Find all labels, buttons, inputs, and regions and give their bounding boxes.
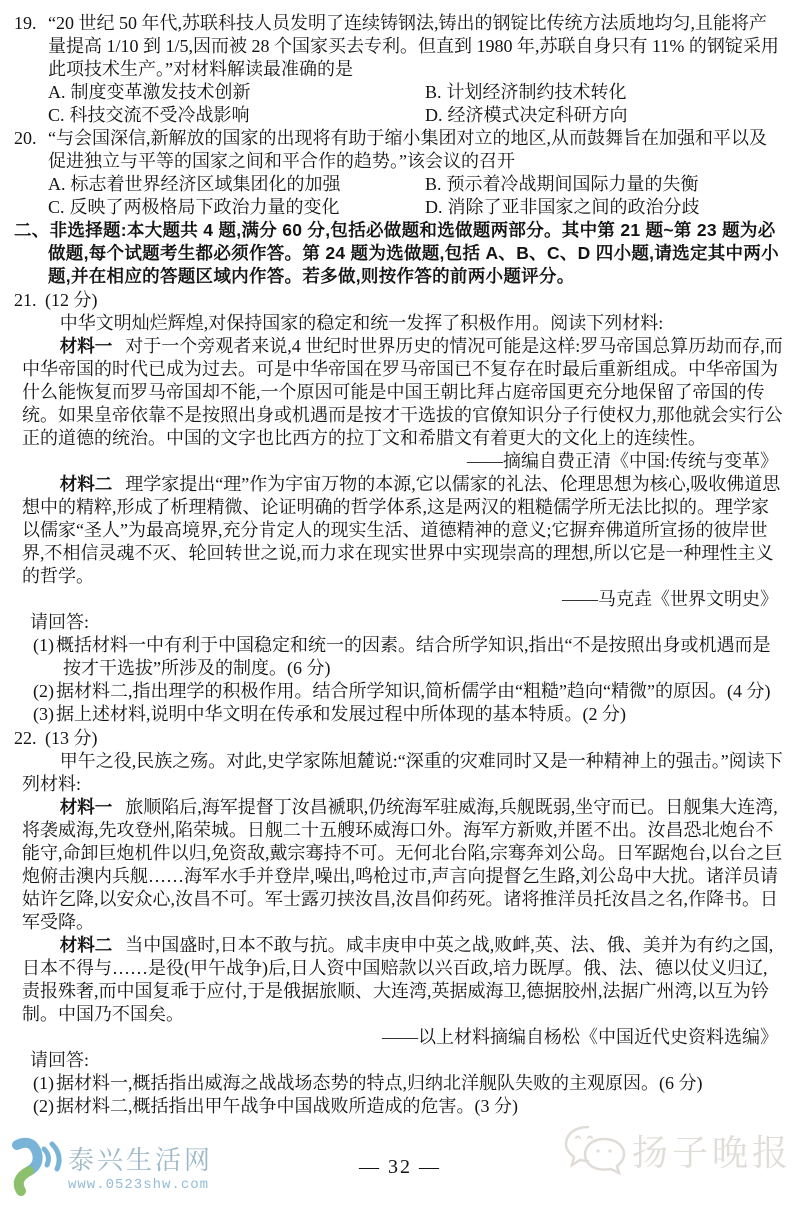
question-21-material-1: 材料一对于一个旁观者来说,4 世纪时世界历史的情况可能是这样:罗马帝国总算历劫而… [22, 335, 784, 450]
option-19-b: B.计划经济制约技术转化 [425, 81, 784, 104]
option-20-a: A.标志着世界经济区域集团化的加强 [48, 173, 425, 196]
sub-question-marker: (2) [33, 1096, 54, 1116]
material-2-source: ——马克垚《世界文明史》 [14, 588, 778, 611]
question-22-material-2: 材料二当中国盛时,日本不敢与抗。咸丰庚申中英之战,败衅,英、法、俄、美并为有约之… [22, 934, 784, 1026]
section-2-header: 二、非选择题:本大题共 4 题,满分 60 分,包括必做题和选做题两部分。其中第… [48, 219, 784, 288]
question-20-stem: “与会国深信,新解放的国家的出现将有助于缩小集团对立的地区,从而鼓舞旨在加强和平… [48, 127, 784, 173]
watermark: 扬子晚报 [558, 1119, 792, 1185]
question-22-number: 22. [14, 728, 37, 748]
sub-question-text: 据材料二,概括指出甲午战争中国战败所造成的危害。(3 分) [56, 1096, 518, 1116]
sub-question-marker: (3) [33, 704, 54, 724]
question-19: 19. “20 世纪 50 年代,苏联科技人员发明了连续铸钢法,铸出的钢锭比传统… [14, 12, 784, 127]
option-text: 反映了两极格局下政治力量的变化 [70, 197, 340, 217]
question-22: 22. (13 分) 甲午之役,民族之殇。对此,史学家陈旭麓说:“深重的灾难同时… [14, 727, 784, 1118]
question-21-sub-3: (3)据上述材料,说明中华文明在传承和发展过程中所体现的基本特质。(2 分) [33, 703, 784, 726]
question-21-heading: 21. (12 分) [14, 289, 784, 312]
option-label: B. [425, 174, 442, 194]
question-21: 21. (12 分) 中华文明灿烂辉煌,对保持国家的稳定和统一发挥了积极作用。阅… [14, 289, 784, 726]
option-text: 标志着世界经济区域集团化的加强 [71, 174, 341, 194]
question-22-sub-2: (2)据材料二,概括指出甲午战争中国战败所造成的危害。(3 分) [33, 1095, 784, 1118]
option-20-d: D.消除了亚非国家之间的政治分歧 [425, 196, 784, 219]
material-1-text: 旅顺陷后,海军提督丁汝昌褫职,仍统海军驻威海,兵舰既弱,坐守而已。日舰集大连湾,… [22, 797, 783, 932]
question-22-materials-source: ——以上材料摘编自杨松《中国近代史资料选编》 [14, 1026, 778, 1049]
option-text: 经济模式决定科研方向 [448, 105, 628, 125]
question-22-intro: 甲午之役,民族之殇。对此,史学家陈旭麓说:“深重的灾难同时又是一种精神上的强击。… [22, 750, 784, 796]
option-text: 预示着冷战期间国际力量的失衡 [447, 174, 699, 194]
question-19-stem: “20 世纪 50 年代,苏联科技人员发明了连续铸钢法,铸出的钢锭比传统方法质地… [48, 12, 784, 81]
option-19-a: A.制度变革激发技术创新 [48, 81, 425, 104]
sub-question-text: 概括材料一中有利于中国稳定和统一的因素。结合所学知识,指出“不是按照出身或机遇而… [56, 635, 771, 678]
question-19-options: A.制度变革激发技术创新 B.计划经济制约技术转化 C.科技交流不受冷战影响 D… [48, 81, 784, 127]
sub-question-text: 据上述材料,说明中华文明在传承和发展过程中所体现的基本特质。(2 分) [56, 704, 626, 724]
option-label: C. [48, 105, 65, 125]
material-1-label: 材料一 [60, 336, 113, 356]
question-21-material-2: 材料二理学家提出“理”作为宇宙万物的本源,它以儒家的礼法、伦理思想为核心,吸收佛… [22, 473, 784, 588]
option-label: D. [425, 197, 443, 217]
question-21-answer-prompt: 请回答: [30, 611, 784, 634]
sub-question-text: 据材料二,指出理学的积极作用。结合所学知识,简析儒学由“粗糙”趋向“精微”的原因… [56, 681, 770, 701]
question-22-heading: 22. (13 分) [14, 727, 784, 750]
sub-question-text: 据材料一,概括指出威海之战战场态势的特点,归纳北洋舰队失败的主观原因。(6 分) [56, 1073, 703, 1093]
option-19-d: D.经济模式决定科研方向 [425, 104, 784, 127]
material-2-text: 当中国盛时,日本不敢与抗。咸丰庚申中英之战,败衅,英、法、俄、美并为有约之国,日… [22, 935, 773, 1024]
option-19-c: C.科技交流不受冷战影响 [48, 104, 425, 127]
sub-question-marker: (2) [33, 681, 54, 701]
question-21-score: (12 分) [45, 290, 98, 310]
material-1-source: ——摘编自费正清《中国:传统与变革》 [14, 450, 778, 473]
question-20-number: 20. [14, 127, 48, 173]
watermark-text: 扬子晚报 [632, 1141, 792, 1164]
option-text: 消除了亚非国家之间的政治分歧 [448, 197, 700, 217]
option-label: C. [48, 197, 65, 217]
material-2-label: 材料二 [60, 474, 113, 494]
question-22-sub-1: (1)据材料一,概括指出威海之战战场态势的特点,归纳北洋舰队失败的主观原因。(6… [33, 1072, 784, 1095]
material-2-label: 材料二 [60, 935, 113, 955]
sub-question-marker: (1) [33, 1073, 54, 1093]
option-text: 计划经济制约技术转化 [447, 82, 627, 102]
option-text: 科技交流不受冷战影响 [70, 105, 250, 125]
option-text: 制度变革激发技术创新 [71, 82, 251, 102]
question-20-options: A.标志着世界经济区域集团化的加强 B.预示着冷战期间国际力量的失衡 C.反映了… [48, 173, 784, 219]
question-19-number: 19. [14, 12, 48, 81]
option-label: D. [425, 105, 443, 125]
option-20-c: C.反映了两极格局下政治力量的变化 [48, 196, 425, 219]
question-21-sub-2: (2)据材料二,指出理学的积极作用。结合所学知识,简析儒学由“粗糙”趋向“精微”… [33, 680, 784, 703]
question-22-answer-prompt: 请回答: [30, 1049, 784, 1072]
option-label: B. [425, 82, 442, 102]
material-1-label: 材料一 [60, 797, 113, 817]
question-20: 20. “与会国深信,新解放的国家的出现将有助于缩小集团对立的地区,从而鼓舞旨在… [14, 127, 784, 219]
material-1-text: 对于一个旁观者来说,4 世纪时世界历史的情况可能是这样:罗马帝国总算历劫而存,而… [22, 336, 783, 448]
option-label: A. [48, 174, 66, 194]
option-label: A. [48, 82, 66, 102]
question-22-material-1: 材料一旅顺陷后,海军提督丁汝昌褫职,仍统海军驻威海,兵舰既弱,坐守而已。日舰集大… [22, 796, 784, 934]
wechat-chat-bubbles-icon [558, 1119, 632, 1185]
exam-page: 19. “20 世纪 50 年代,苏联科技人员发明了连续铸钢法,铸出的钢锭比传统… [0, 0, 800, 1209]
option-20-b: B.预示着冷战期间国际力量的失衡 [425, 173, 784, 196]
question-21-intro: 中华文明灿烂辉煌,对保持国家的稳定和统一发挥了积极作用。阅读下列材料: [22, 312, 784, 335]
question-21-number: 21. [14, 290, 37, 310]
sub-question-marker: (1) [33, 635, 54, 655]
material-2-text: 理学家提出“理”作为宇宙万物的本源,它以儒家的礼法、伦理思想为核心,吸收佛道思想… [22, 474, 780, 586]
question-22-score: (13 分) [45, 728, 98, 748]
question-21-sub-1: (1)概括材料一中有利于中国稳定和统一的因素。结合所学知识,指出“不是按照出身或… [33, 634, 784, 680]
